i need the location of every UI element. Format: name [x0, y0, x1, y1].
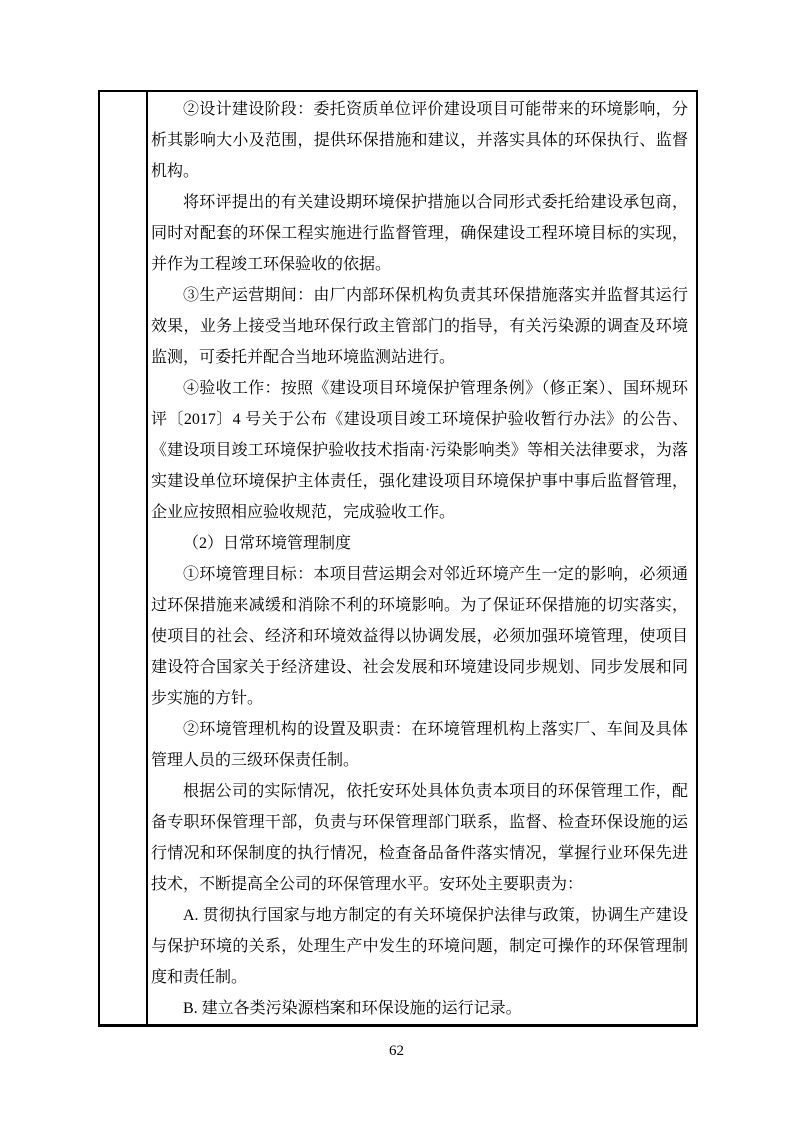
paragraph-duty-a: A. 贯彻执行国家与地方制定的有关环境保护法律与政策，协调生产建设与保护环境的关…: [151, 900, 688, 993]
document-page: ②设计建设阶段：委托资质单位评价建设项目可能带来的环境影响，分析其影响大小及范围…: [0, 0, 793, 1122]
table-left-empty-cell: [100, 92, 148, 1024]
paragraph-daily-management-heading: （2）日常环境管理制度: [151, 528, 688, 559]
table-content-cell: ②设计建设阶段：委托资质单位评价建设项目可能带来的环境影响，分析其影响大小及范围…: [148, 92, 696, 1024]
paragraph-management-goal: ①环境管理目标：本项目营运期会对邻近环境产生一定的影响，必须通过环保措施来减缓和…: [151, 559, 688, 714]
paragraph-management-org: ②环境管理机构的设置及职责：在环境管理机构上落实厂、车间及具体管理人员的三级环保…: [151, 714, 688, 776]
paragraph-operation-period: ③生产运营期间：由厂内部环保机构负责其环保措施落实并监督其运行效果，业务上接受当…: [151, 280, 688, 373]
paragraph-duty-b: B. 建立各类污染源档案和环保设施的运行记录。: [151, 993, 688, 1024]
paragraph-company-situation: 根据公司的实际情况，依托安环处具体负责本项目的环保管理工作，配备专职环保管理干部…: [151, 776, 688, 900]
paragraph-design-stage: ②设计建设阶段：委托资质单位评价建设项目可能带来的环境影响，分析其影响大小及范围…: [151, 94, 688, 187]
page-number: 62: [0, 1042, 793, 1060]
content-table: ②设计建设阶段：委托资质单位评价建设项目可能带来的环境影响，分析其影响大小及范围…: [98, 90, 698, 1027]
paragraph-construction-supervision: 将环评提出的有关建设期环境保护措施以合同形式委托给建设承包商，同时对配套的环保工…: [151, 187, 688, 280]
paragraph-acceptance-work: ④验收工作：按照《建设项目环境保护管理条例》（修正案）、国环规环评〔2017〕4…: [151, 373, 688, 528]
